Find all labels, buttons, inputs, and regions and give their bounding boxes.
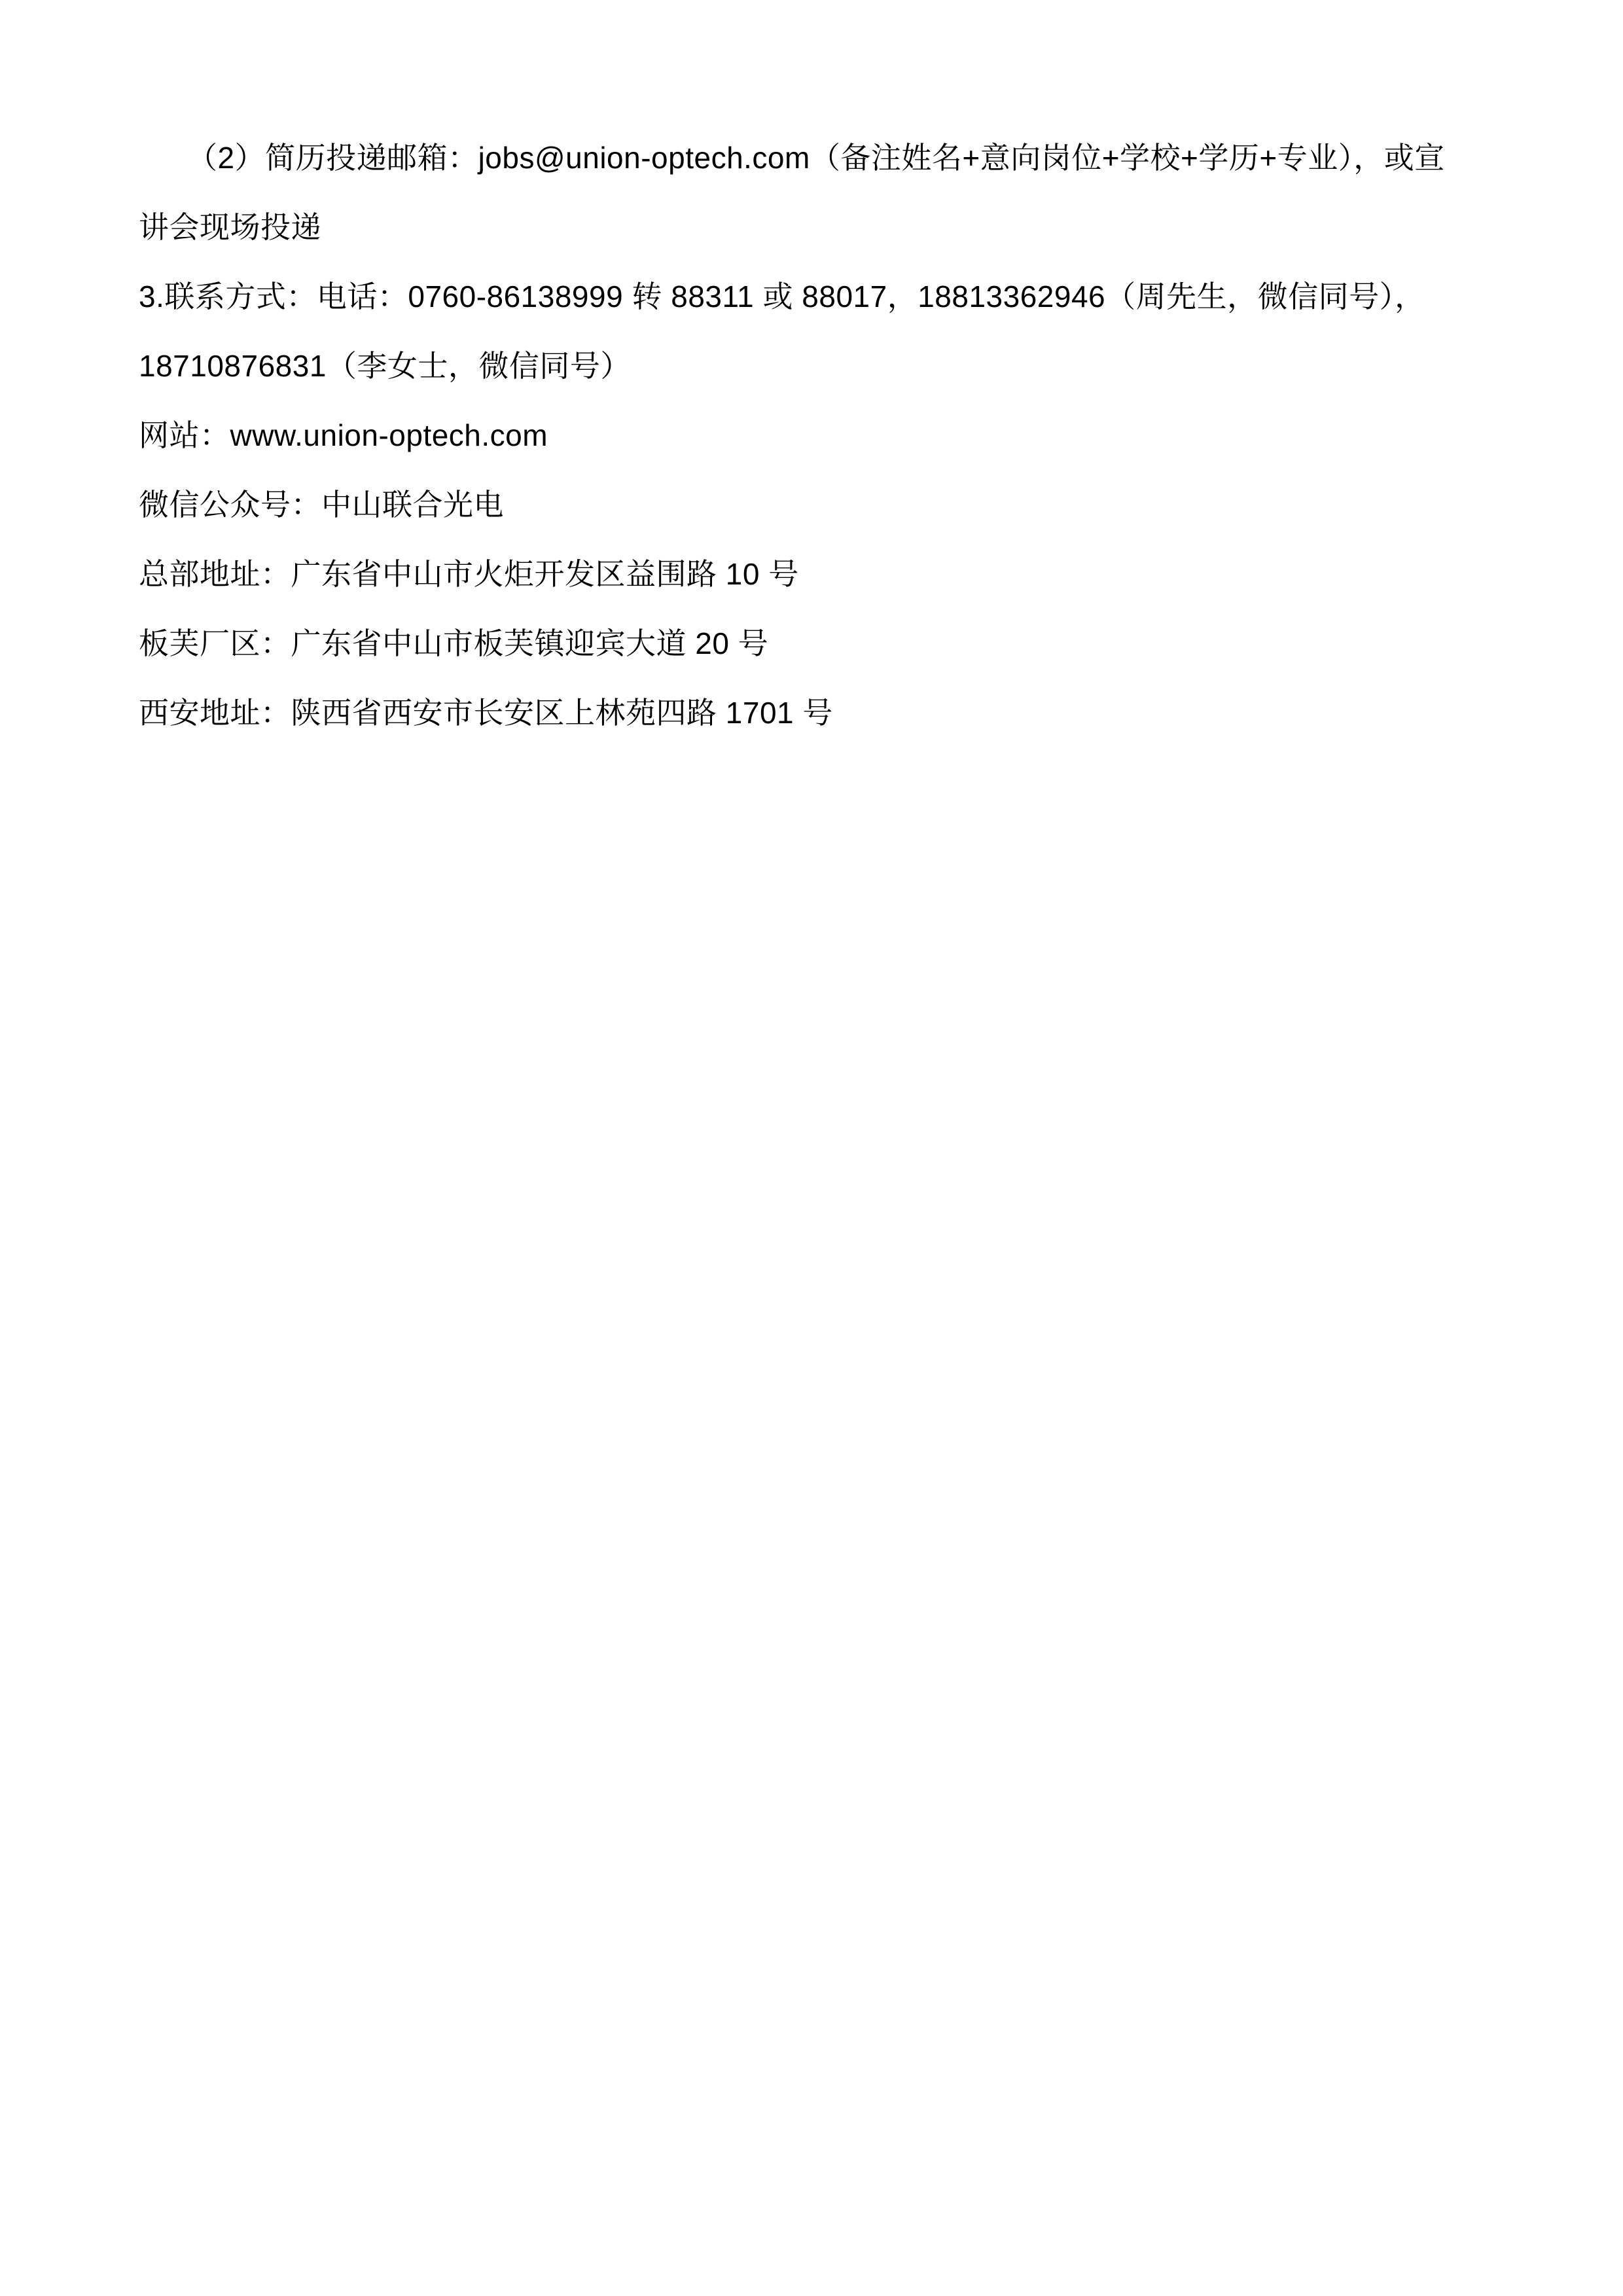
document-page: （2）简历投递邮箱：jobs@union-optech.com（备注姓名+意向岗…	[0, 0, 1623, 2296]
doc-line-website: 网站：www.union-optech.com	[139, 401, 1501, 470]
doc-line-contact-phones-cont: 18710876831（李女士，微信同号）	[139, 331, 1501, 401]
doc-line-contact-phones: 3.联系方式：电话：0760-86138999 转 88311 或 88017，…	[139, 262, 1501, 331]
doc-line-wechat-account: 微信公众号：中山联合光电	[139, 470, 1501, 539]
document-content: （2）简历投递邮箱：jobs@union-optech.com（备注姓名+意向岗…	[139, 123, 1501, 747]
doc-line-banfu-address: 板芙厂区：广东省中山市板芙镇迎宾大道 20 号	[139, 609, 1501, 678]
doc-line-resume-email: （2）简历投递邮箱：jobs@union-optech.com（备注姓名+意向岗…	[139, 123, 1501, 192]
doc-line-hq-address: 总部地址：广东省中山市火炬开发区益围路 10 号	[139, 539, 1501, 609]
doc-line-resume-email-cont: 讲会现场投递	[139, 192, 1501, 262]
doc-line-xian-address: 西安地址：陕西省西安市长安区上林苑四路 1701 号	[139, 678, 1501, 747]
